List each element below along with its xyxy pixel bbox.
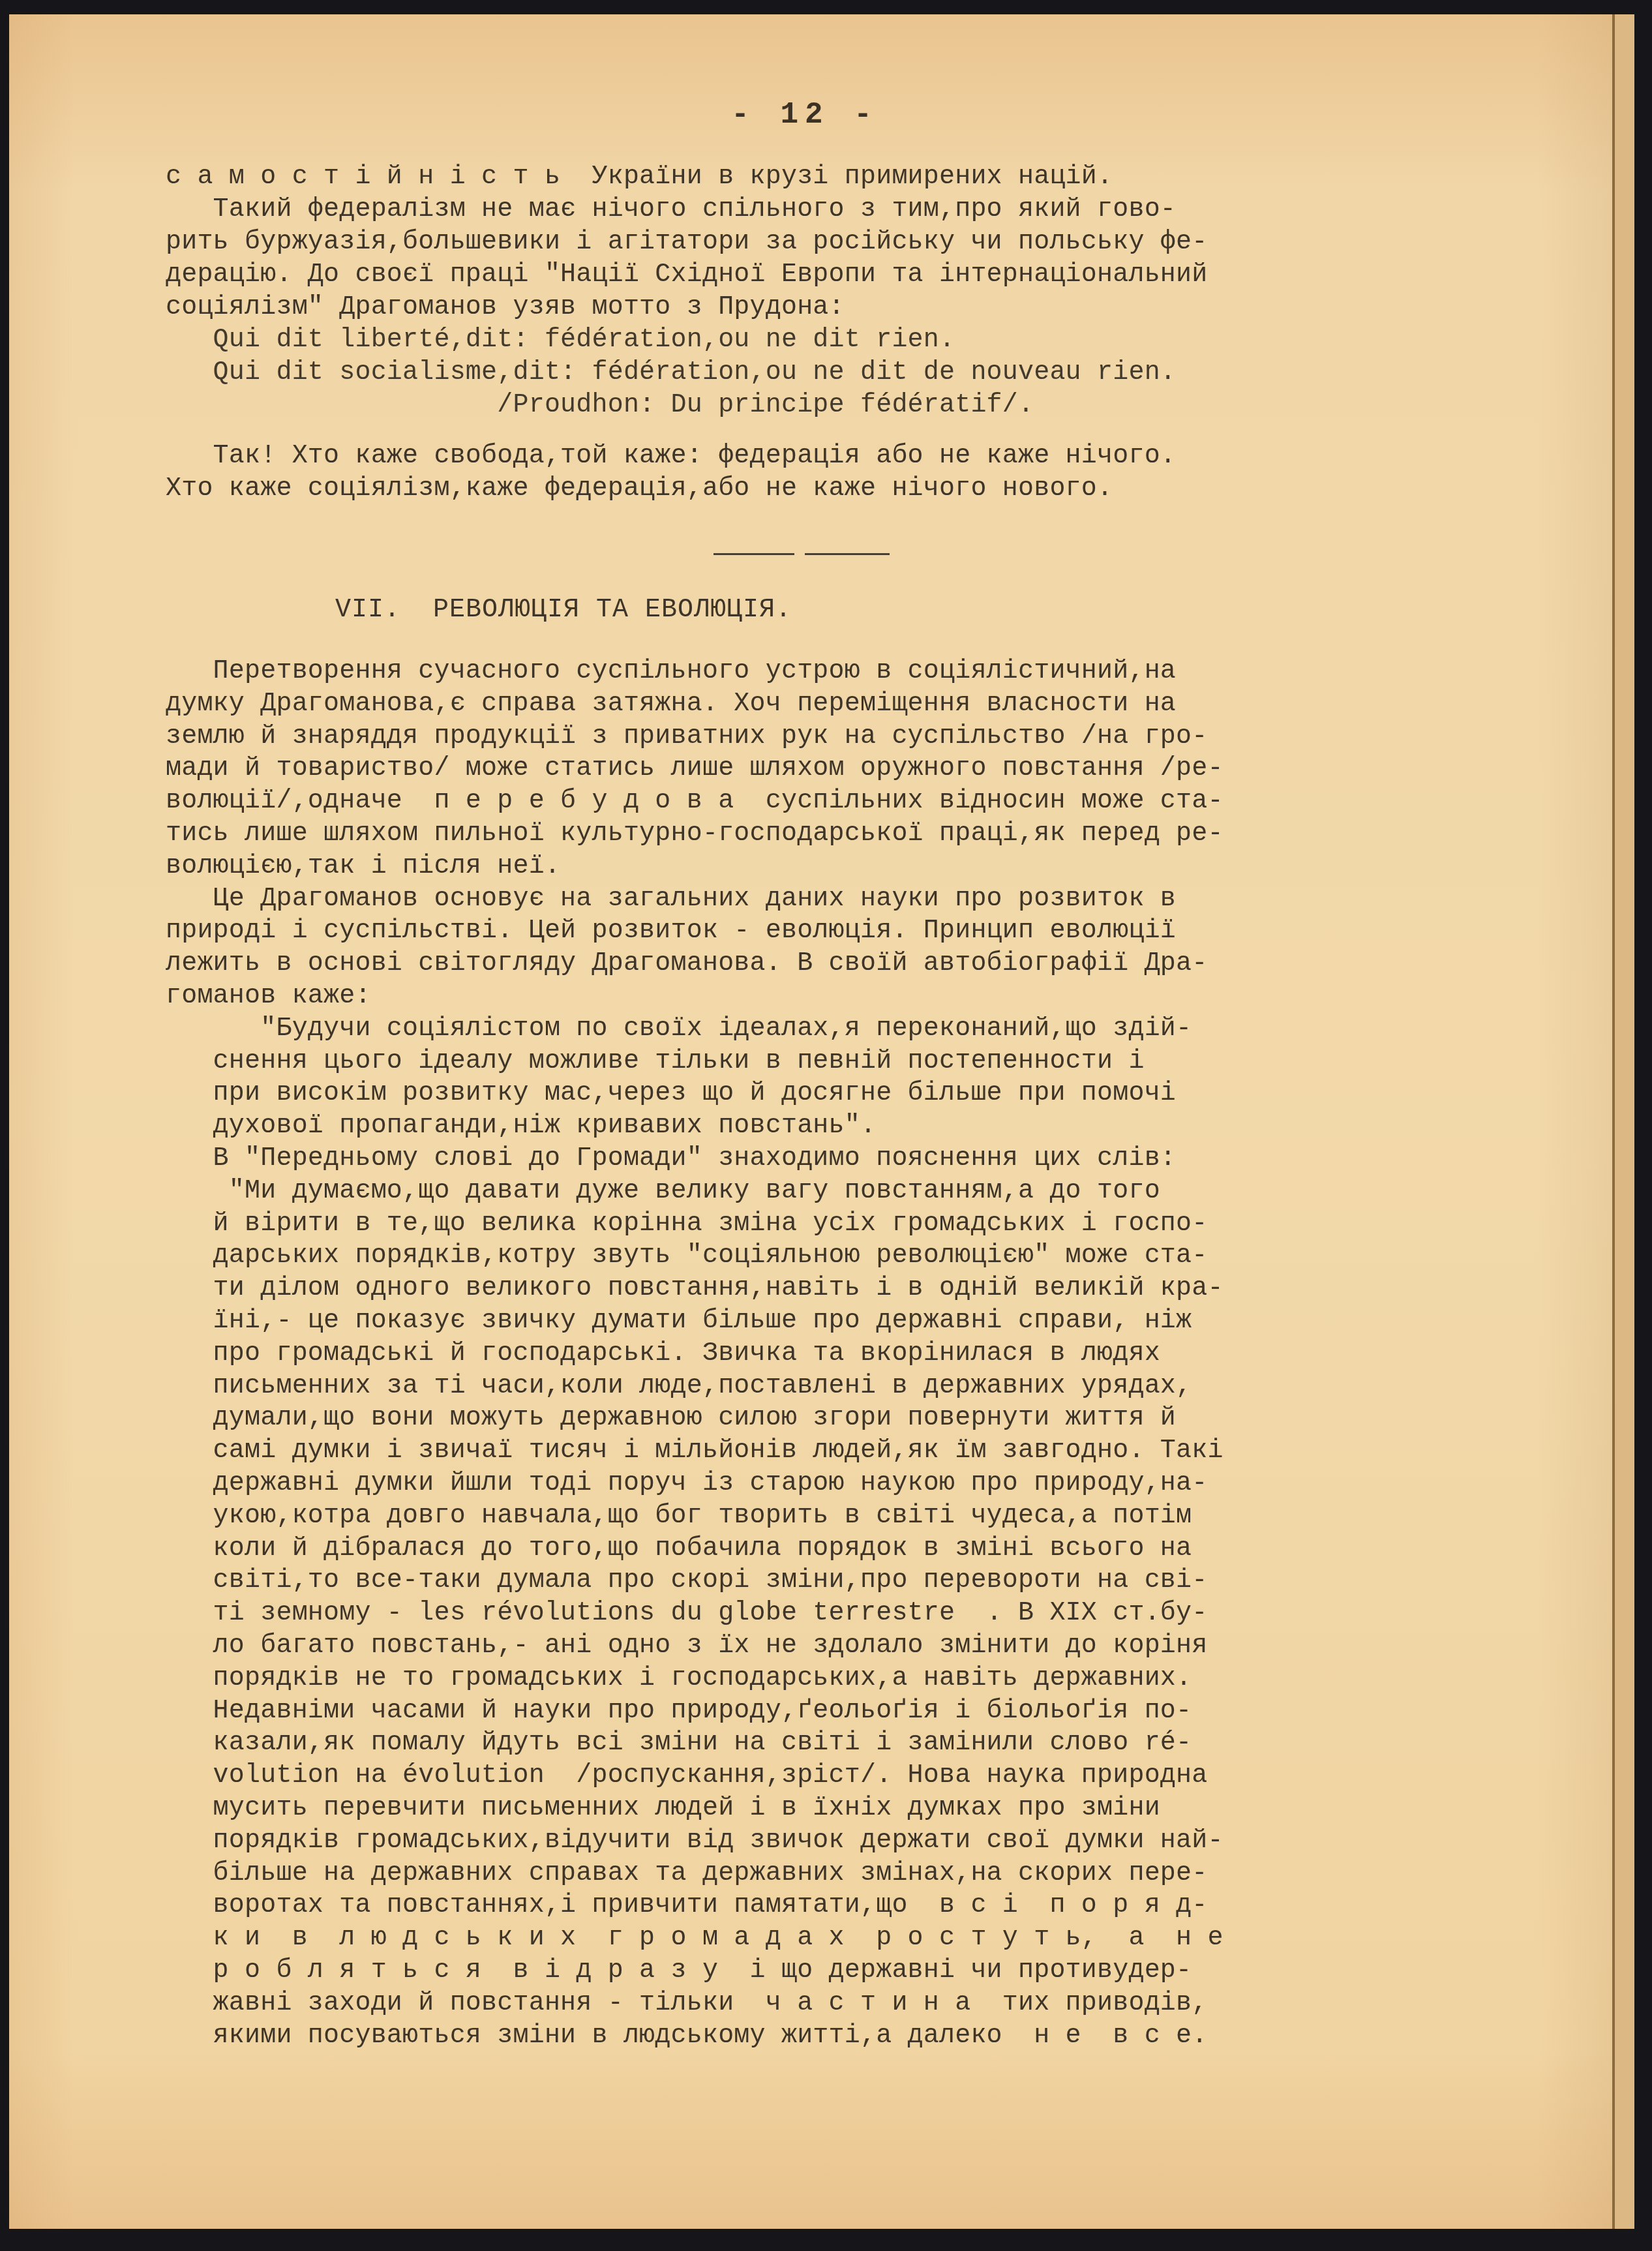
page-fold-line [1612, 14, 1615, 2229]
text-line: казали,як помалу йдуть всі зміни на світ… [166, 1728, 1192, 1759]
text-line: коли й дібралася до того,що побачила пор… [166, 1533, 1192, 1565]
page-number: - 12 - [720, 98, 890, 132]
text-line: /Proudhon: Du principe fédératif/. [166, 390, 1034, 421]
page-edge-strip [1615, 14, 1634, 2229]
text-line: письменних за ті часи,коли люде,поставле… [166, 1371, 1192, 1402]
text-line: ти ділом одного великого повстання,навіт… [166, 1273, 1224, 1305]
text-line: думку Драгоманова,є справа затяжна. Хоч … [166, 689, 1176, 720]
text-line: дерацію. До своєї праці "Нації Східної Е… [166, 260, 1207, 291]
text-line: при високім розвитку мас,через що й дося… [166, 1078, 1176, 1110]
text-line: Такий федералізм не має нічого спільного… [166, 194, 1176, 226]
text-line: р о б л я т ь с я в і д р а з у і що дер… [166, 1956, 1192, 1987]
text-line: природі і суспільстві. Цей розвиток - ев… [166, 916, 1176, 947]
text-line: Це Драгоманов основує на загальних даних… [166, 884, 1176, 915]
text-line: volution на évolution /роспускання,зріст… [166, 1760, 1207, 1792]
text-line: с а м о с т і й н і с т ь України в круз… [166, 162, 1113, 193]
text-line: рить буржуазія,большевики і агітатори за… [166, 227, 1207, 258]
text-line: Qui dit liberté,dit: fédération,ou ne di… [166, 325, 955, 356]
text-line: державні думки йшли тоді поруч із старою… [166, 1468, 1207, 1500]
text-line: їні,- це показує звичку думати більше пр… [166, 1306, 1192, 1337]
text-line: порядків не то громадських і господарськ… [166, 1663, 1192, 1695]
text-line: Хто каже соціялізм,каже федерація,або не… [166, 474, 1113, 505]
text-line: В "Передньому слові до Громади" знаходим… [166, 1143, 1176, 1175]
text-line: й вірити в те,що велика корінна зміна ус… [166, 1209, 1207, 1240]
text-line: гоманов каже: [166, 981, 371, 1012]
text-line: ті земному - les révolutions du globe te… [166, 1598, 1207, 1629]
text-line: Qui dit socialisme,dit: fédération,ou ne… [166, 357, 1176, 389]
text-line: світі,то все-таки думала про скорі зміни… [166, 1565, 1207, 1597]
text-line: "Ми думаємо,що давати дуже велику вагу п… [166, 1176, 1160, 1207]
text-line: лежить в основі світогляду Драгоманова. … [166, 948, 1207, 980]
text-line: про громадські й господарські. Звичка та… [166, 1338, 1160, 1370]
section-heading: VII. РЕВОЛЮЦІЯ ТА ЕВОЛЮЦІЯ. [335, 595, 792, 626]
text-line: воротах та повстаннях,і привчити памятат… [166, 1890, 1207, 1922]
text-line: землю й знаряддя продукції з приватних р… [166, 721, 1207, 753]
text-line: дарських порядків,котру звуть "соціяльно… [166, 1241, 1207, 1272]
text-line: волюцією,так і після неї. [166, 851, 560, 883]
text-line: снення цього ідеалу можливе тільки в пев… [166, 1046, 1145, 1078]
text-line: Недавніми часами й науки про природу,ґео… [166, 1696, 1192, 1727]
text-line: духової пропаганди,ніж кривавих повстань… [166, 1111, 876, 1142]
text-line: укою,котра довго навчала,що бог творить … [166, 1501, 1192, 1532]
section-separator [713, 553, 890, 555]
text-line: Так! Хто каже свобода,той каже: федераці… [166, 441, 1176, 472]
text-line: думали,що вони можуть державною силою зг… [166, 1403, 1176, 1434]
text-line: більше на державних справах та державних… [166, 1858, 1207, 1890]
text-line: якими посуваються зміни в людському житт… [166, 2021, 1207, 2052]
text-line: мади й товариство/ може статись лише шля… [166, 753, 1224, 785]
text-line: ло багато повстань,- ані одно з їх не зд… [166, 1631, 1207, 1662]
text-line: соціялізм" Драгоманов узяв мотто з Прудо… [166, 292, 845, 324]
document-page: - 12 - с а м о с т і й н і с т ь України… [9, 14, 1634, 2229]
text-line: Перетворення сучасного суспільного устро… [166, 656, 1176, 687]
text-line: тись лише шляхом пильної культурно-госпо… [166, 819, 1224, 850]
text-line: волюції/,одначе п е р е б у д о в а сусп… [166, 786, 1224, 817]
text-line: к и в л ю д с ь к и х г р о м а д а х р … [166, 1923, 1224, 1954]
text-line: жавні заходи й повстання - тільки ч а с … [166, 1988, 1207, 2019]
text-line: самі думки і звичаї тисяч і мільйонів лю… [166, 1436, 1224, 1467]
text-line: порядків громадських,відучити від звичок… [166, 1826, 1224, 1857]
text-line: "Будучи соціялістом по своїх ідеалах,я п… [166, 1014, 1192, 1045]
text-line: мусить перевчити письменних людей і в їх… [166, 1793, 1160, 1824]
